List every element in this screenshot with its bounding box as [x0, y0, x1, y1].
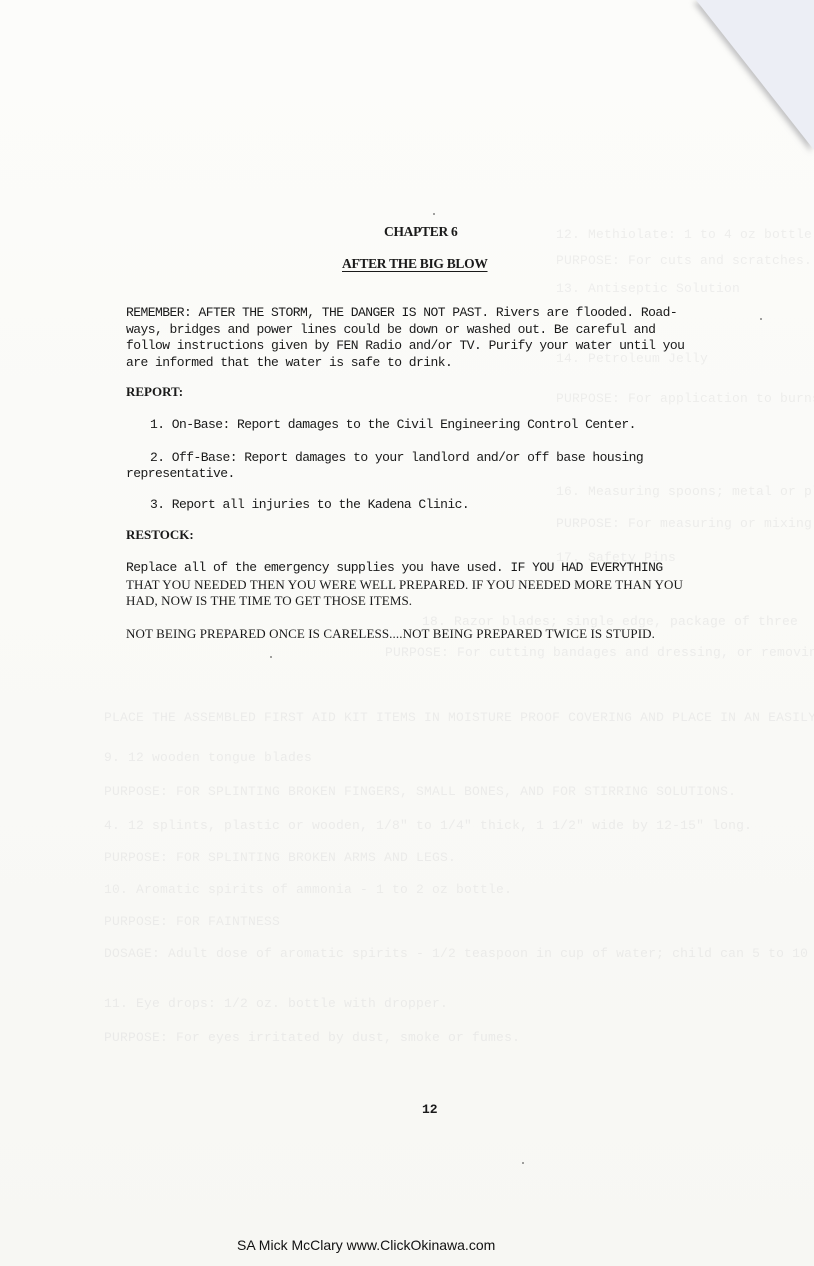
show-through-text: DOSAGE: Adult dose of aromatic spirits -… — [104, 946, 814, 961]
report-item-3: 3. Report all injuries to the Kadena Cli… — [150, 497, 790, 514]
footer-credit: SA Mick McClary www.ClickOkinawa.com — [237, 1237, 495, 1253]
warning-statement: NOT BEING PREPARED ONCE IS CARELESS....N… — [126, 626, 766, 643]
item-number: 3. — [150, 497, 165, 512]
show-through-text: 11. Eye drops: 1/2 oz. bottle with dropp… — [104, 996, 448, 1011]
report-item-1: 1. On-Base: Report damages to the Civil … — [150, 417, 790, 434]
item-text: On-Base: Report damages to the Civil Eng… — [172, 417, 636, 432]
scan-speck — [760, 318, 762, 320]
restock-paragraph: Replace all of the emergency supplies yo… — [126, 560, 766, 610]
show-through-text: 13. Antiseptic Solution — [556, 281, 740, 296]
restock-line: HAD, NOW IS THE TIME TO GET THOSE ITEMS. — [126, 593, 766, 610]
remember-paragraph: REMEMBER: AFTER THE STORM, THE DANGER IS… — [126, 305, 766, 371]
report-item-2: 2. Off-Base: Report damages to your land… — [150, 450, 790, 467]
page-number: 12 — [422, 1102, 438, 1117]
show-through-text: PURPOSE: For eyes irritated by dust, smo… — [104, 1030, 520, 1045]
show-through-text: PURPOSE: FOR SPLINTING BROKEN FINGERS, S… — [104, 784, 736, 799]
item-text: Off-Base: Report damages to your landlor… — [172, 450, 643, 465]
show-through-text: 10. Aromatic spirits of ammonia - 1 to 2… — [104, 882, 512, 897]
show-through-text: 9. 12 wooden tongue blades — [104, 750, 312, 765]
show-through-text: 12. Methiolate: 1 to 4 oz bottle — [556, 227, 812, 242]
scan-speck — [522, 1162, 524, 1164]
item-number: 1. — [150, 417, 165, 432]
show-through-text: PURPOSE: For cuts and scratches. — [556, 253, 812, 268]
scan-speck — [433, 213, 435, 215]
scan-speck — [270, 656, 272, 658]
show-through-text: PLACE THE ASSEMBLED FIRST AID KIT ITEMS … — [104, 710, 814, 725]
remember-line: REMEMBER: AFTER THE STORM, THE DANGER IS… — [126, 305, 766, 322]
remember-line: ways, bridges and power lines could be d… — [126, 322, 766, 339]
remember-line: are informed that the water is safe to d… — [126, 355, 766, 372]
chapter-title: AFTER THE BIG BLOW — [342, 256, 488, 272]
folded-corner — [696, 0, 814, 150]
restock-label: RESTOCK: — [126, 527, 194, 543]
show-through-text: PURPOSE: FOR FAINTNESS — [104, 914, 280, 929]
chapter-heading: CHAPTER 6 — [384, 224, 457, 240]
report-item-2-continuation: representative. — [126, 466, 766, 483]
remember-line: follow instructions given by FEN Radio a… — [126, 338, 766, 355]
show-through-text: PURPOSE: For measuring or mixing solutio… — [556, 516, 814, 531]
show-through-text: PURPOSE: For cutting bandages and dressi… — [385, 645, 814, 660]
item-number: 2. — [150, 450, 165, 465]
restock-line: Replace all of the emergency supplies yo… — [126, 560, 766, 577]
restock-line: THAT YOU NEEDED THEN YOU WERE WELL PREPA… — [126, 577, 766, 594]
show-through-text: PURPOSE: For application to burns and ir… — [556, 391, 814, 406]
show-through-text: 4. 12 splints, plastic or wooden, 1/8" t… — [104, 818, 752, 833]
item-text: Report all injuries to the Kadena Clinic… — [172, 497, 469, 512]
show-through-text: PURPOSE: FOR SPLINTING BROKEN ARMS AND L… — [104, 850, 456, 865]
report-label: REPORT: — [126, 384, 183, 400]
scanned-page: 12. Methiolate: 1 to 4 oz bottle PURPOSE… — [0, 0, 814, 1266]
